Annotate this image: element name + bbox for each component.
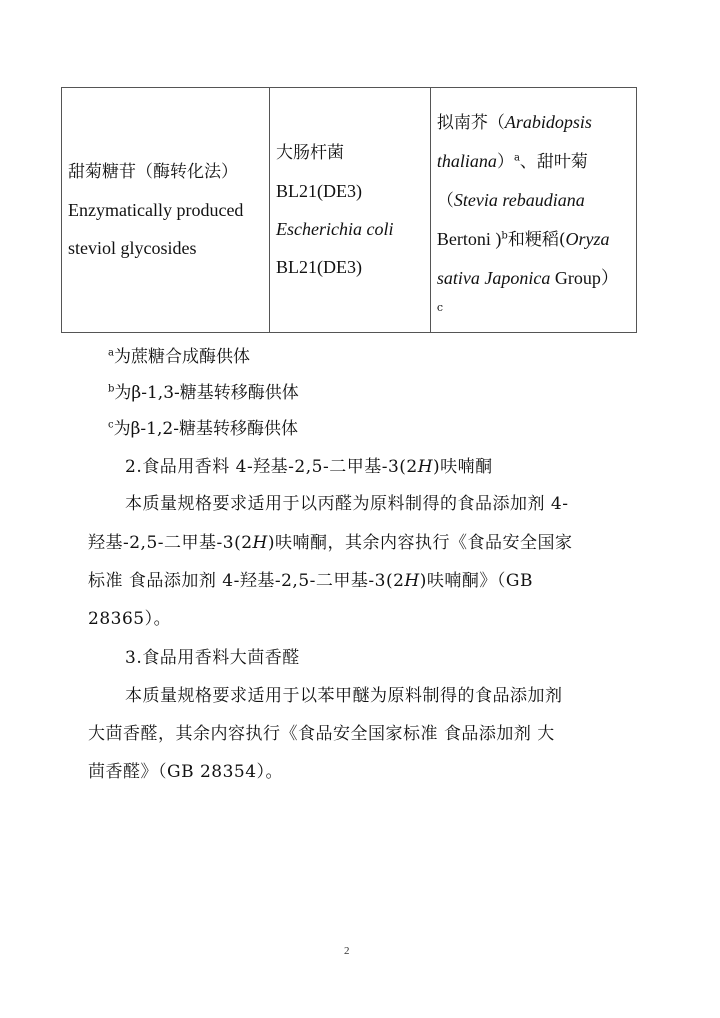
section-2-para-line-2: 羟基-2,5-二甲基-3(2H)呋喃酮，其余内容执行《食品安全国家 [88, 528, 573, 553]
section-2-heading: 2.食品用香料 4-羟基-2,5-二甲基-3(2H)呋喃酮 [125, 452, 493, 477]
donor-species: sativa Japonica [437, 268, 550, 288]
spec-table: 甜菊糖苷（酶转化法） Enzymatically produced stevio… [61, 87, 637, 333]
donor-line-5: sativa Japonica Group） [437, 259, 630, 298]
para-text: )呋喃酮，其余内容执行《食品安全国家 [268, 533, 573, 553]
donor-text: 、甜叶菊 [520, 152, 588, 172]
footnote-text: 为β-1,2-糖基转移酶供体 [114, 419, 298, 439]
donor-species: Oryza [565, 229, 609, 249]
donor-line-3: （Stevia rebaudiana [437, 181, 630, 220]
para-italic: H [404, 571, 419, 591]
donor-line-2: thaliana）a、甜叶菊 [437, 142, 630, 181]
table-row: 甜菊糖苷（酶转化法） Enzymatically produced stevio… [62, 88, 637, 333]
donor-species: Stevia rebaudiana [454, 190, 585, 210]
section-3-para-line-2: 大茴香醛，其余内容执行《食品安全国家标准 食品添加剂 大 [88, 719, 555, 744]
para-text: 标准 食品添加剂 4-羟基-2,5-二甲基-3(2 [88, 571, 404, 591]
section-3-para-line-3: 茴香醛》（GB 28354）。 [88, 757, 283, 782]
section-2-para-line-3: 标准 食品添加剂 4-羟基-2,5-二甲基-3(2H)呋喃酮》（GB [88, 566, 533, 591]
donor-text: Group） [550, 268, 619, 288]
donor-species: thaliana [437, 151, 497, 171]
section-2-para-line-1: 本质量规格要求适用于以丙醛为原料制得的食品添加剂 4- [125, 489, 568, 514]
page-number: 2 [344, 945, 350, 957]
donor-text: Bertoni ) [437, 229, 502, 249]
footnote-b: b为β-1,3-糖基转移酶供体 [108, 378, 299, 403]
footnote-text: 为蔗糖合成酶供体 [114, 347, 250, 367]
product-name-zh: 甜菊糖苷（酶转化法） [68, 153, 263, 191]
para-text: )呋喃酮》（GB [420, 571, 533, 591]
heading-italic: H [418, 457, 433, 477]
table-cell-product: 甜菊糖苷（酶转化法） Enzymatically produced stevio… [62, 88, 270, 333]
section-3-para-line-1: 本质量规格要求适用于以苯甲醚为原料制得的食品添加剂 [125, 681, 563, 706]
table-cell-strain: 大肠杆菌 BL21(DE3) Escherichia coli BL21(DE3… [269, 88, 430, 333]
donor-text: 拟南芥（ [437, 113, 505, 133]
product-name-en-line1: Enzymatically produced [68, 191, 263, 229]
donor-line-4: Bertoni )b和粳稻(Oryza [437, 220, 630, 259]
donor-text: （ [437, 191, 454, 211]
donor-text: 和粳稻( [508, 230, 566, 250]
document-page: 甜菊糖苷（酶转化法） Enzymatically produced stevio… [0, 0, 720, 1018]
table-cell-gene-donor: 拟南芥（Arabidopsis thaliana）a、甜叶菊 （Stevia r… [430, 88, 636, 333]
footnote-a: a为蔗糖合成酶供体 [108, 342, 250, 367]
footnote-c: c为β-1,2-糖基转移酶供体 [108, 414, 298, 439]
donor-species: Arabidopsis [505, 112, 592, 132]
para-italic: H [253, 533, 268, 553]
section-3-heading: 3.食品用香料大茴香醛 [125, 643, 300, 668]
product-name-en-line2: steviol glycosides [68, 229, 263, 267]
strain-name-zh: 大肠杆菌 [276, 134, 424, 172]
donor-line-6: c [437, 298, 630, 318]
section-2-para-line-4: 28365）。 [88, 604, 171, 629]
strain-id-1: BL21(DE3) [276, 172, 424, 210]
heading-text: )呋喃酮 [433, 457, 493, 477]
heading-text: 2.食品用香料 4-羟基-2,5-二甲基-3(2 [125, 457, 418, 477]
donor-line-1: 拟南芥（Arabidopsis [437, 103, 630, 142]
footnote-text: 为β-1,3-糖基转移酶供体 [114, 383, 298, 403]
strain-id-2: BL21(DE3) [276, 248, 424, 286]
para-text: 羟基-2,5-二甲基-3(2 [88, 533, 253, 553]
donor-text: ） [497, 152, 514, 172]
strain-species: Escherichia coli [276, 210, 424, 248]
